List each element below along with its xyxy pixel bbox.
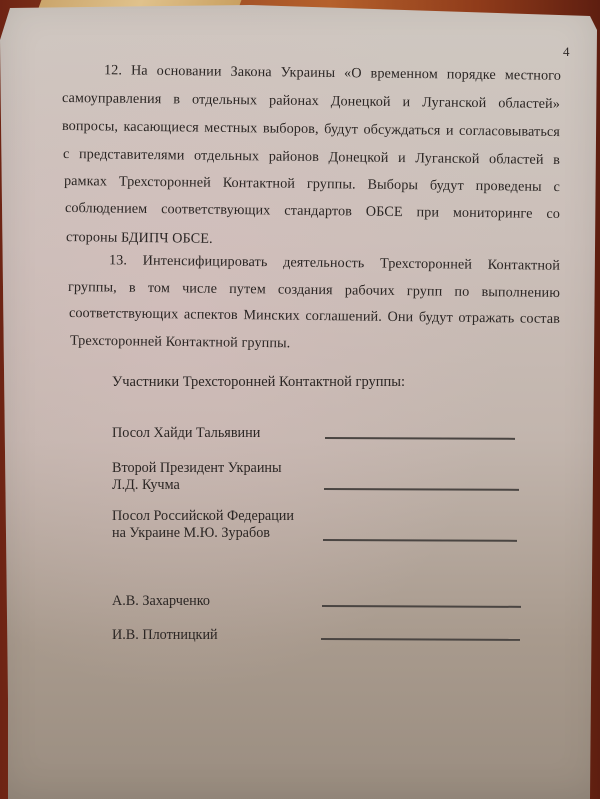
signatory-title: Второй Президент Украины	[112, 459, 282, 477]
paragraph-12-line-4: с представителями отдельных районов Доне…	[63, 145, 560, 169]
document-page: 4 12. На основании Закона Украины «О вре…	[0, 0, 600, 799]
paragraph-13-line-2: группы, в том числе путем создания рабоч…	[68, 278, 560, 302]
paragraph-12-line-3: вопросы, касающиеся местных выборов, буд…	[62, 117, 560, 141]
paragraph-12-line-6: соблюдением соответствующих стандартов О…	[65, 199, 560, 223]
signatory-name: И.В. Плотницкий	[112, 626, 218, 644]
signatories-heading: Участники Трехсторонней Контактной групп…	[112, 373, 405, 391]
signature-line	[323, 539, 517, 541]
signature-line	[325, 437, 515, 439]
paragraph-12-line-1: 12. На основании Закона Украины «О време…	[104, 61, 561, 85]
signatory-title: Посол Российской Федерации	[112, 507, 294, 525]
paragraph-13-line-3: соответствующих аспектов Минских соглаше…	[69, 304, 560, 328]
paragraph-13-line-1: 13. Интенсифицировать деятельность Трехс…	[109, 251, 560, 275]
signature-line	[321, 638, 520, 640]
paragraph-12-line-2: самоуправления в отдельных районах Донец…	[62, 89, 560, 113]
page-number: 4	[563, 44, 570, 60]
signature-line	[324, 488, 519, 490]
signature-line	[322, 605, 521, 607]
signatory-name: Посол Хайди Тальявини	[112, 424, 260, 442]
paragraph-12-line-7: стороны БДИПЧ ОБСЕ.	[66, 228, 213, 248]
paragraph-12-line-5: рамках Трехсторонней Контактной группы. …	[64, 172, 560, 196]
signatory-name: А.В. Захарченко	[112, 592, 210, 610]
paragraph-13-line-4: Трехсторонней Контактной группы.	[70, 332, 291, 353]
signatory-name: на Украине М.Ю. Зурабов	[112, 524, 270, 542]
signatory-name: Л.Д. Кучма	[112, 476, 180, 494]
